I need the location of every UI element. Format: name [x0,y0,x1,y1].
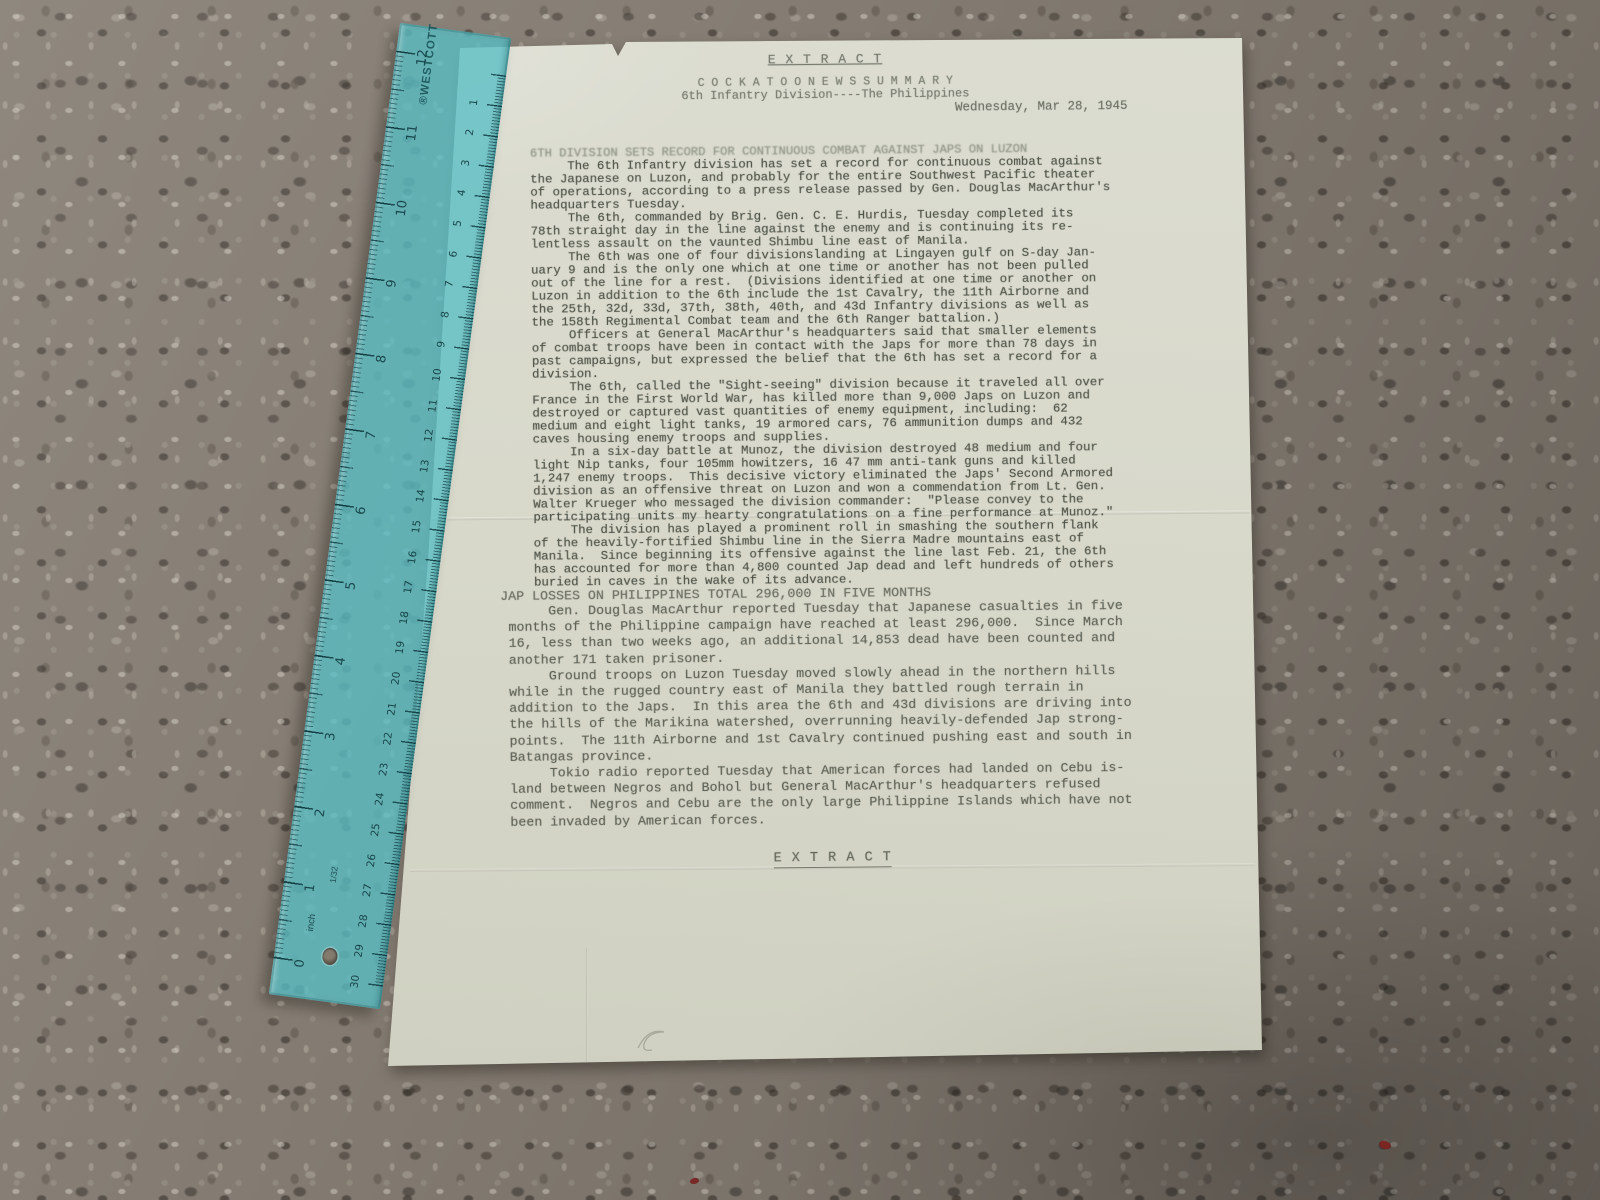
ruler-fraction-label: 1/32 [328,866,340,884]
ruler-inch-label: inch [305,913,318,932]
paragraph: Officers at General MacArthur's headquar… [532,324,1158,382]
paragraph: Gen. Douglas MacArthur reported Tuesday … [508,598,1161,669]
ruler-inch-number: 5 [343,576,360,596]
ruler-cm-number: 12 [422,427,436,444]
ruler-cm-number: 10 [430,366,444,383]
ruler-inch-number: 0 [292,954,309,974]
ruler-cm-number: 28 [356,912,370,929]
ruler-cm-number: 15 [410,518,424,535]
ruler-cm-number: 6 [447,245,461,262]
ruler-cm-number: 16 [406,548,420,565]
ruler-cm-number: 19 [393,639,407,656]
paragraph: The 6th Infantry division has set a reco… [530,155,1156,213]
ruler-inch-number: 3 [322,727,339,747]
ruler-cm-number: 4 [455,184,469,201]
ruler-inch-number: 7 [363,425,380,445]
paragraph: In a six-day battle at Munoz, the divisi… [533,441,1160,525]
doc-section-one: 6TH DIVISION SETS RECORD FOR CONTINUOUS … [530,142,1160,590]
ruler-cm-number: 2 [463,124,477,141]
ruler-inch-number: 11 [404,123,421,143]
ruler-inch-number: 1 [302,878,319,898]
ruler-cm-number: 14 [414,488,428,505]
doc-section-two: Gen. Douglas MacArthur reported Tuesday … [508,598,1162,831]
document-paper: E X T R A C T C O C K A T O O N E W S S … [380,30,1270,1075]
paragraph: Ground troops on Luzon Tuesday moved slo… [509,662,1162,765]
ruler-cm-number: 25 [369,821,383,838]
ruler-cm-number: 27 [361,882,375,899]
ruler-cm-number: 18 [397,609,411,626]
ruler-inch-number: 2 [312,803,329,823]
ruler-cm-number: 9 [434,336,448,353]
ruler-cm-number: 26 [365,852,379,869]
paragraph: The 6th was one of four divisionslanding… [531,246,1158,330]
paper-sheet: E X T R A C T C O C K A T O O N E W S S … [380,30,1270,1075]
ruler-cm-number: 20 [389,670,403,687]
ruler-inch-number: 8 [373,349,390,369]
ruler-cm-number: 8 [438,306,452,323]
ruler-cm-number: 3 [459,154,473,171]
paragraph: The 6th, called the "Sight-seeing" divis… [532,376,1159,447]
typed-text: E X T R A C T C O C K A T O O N E W S S … [495,50,1163,869]
ruler-inch-number: 10 [394,198,411,218]
ruler-inch-number: 9 [383,274,400,294]
ruler-cm-number: 30 [348,973,362,990]
ruler-cm-number: 24 [373,791,387,808]
ruler-inch-number: 6 [353,501,370,521]
ruler-cm-number: 1 [467,93,481,110]
paragraph: Tokio radio reported Tuesday that Americ… [510,760,1163,831]
ruler-cm-number: 22 [381,730,395,747]
ruler-cm-number: 7 [443,275,457,292]
ruler-inch-number: 4 [332,652,349,672]
ruler-cm-number: 29 [352,942,366,959]
photo-scene: E X T R A C T C O C K A T O O N E W S S … [0,0,1600,1200]
ruler-cm-number: 17 [402,579,416,596]
ruler-cm-number: 5 [451,215,465,232]
pencil-squiggle-mark [630,1020,690,1060]
ruler-cm-number: 23 [377,761,391,778]
ruler-hang-hole [321,947,338,966]
ruler-cm-number: 13 [418,457,432,474]
ruler-cm-number: 21 [385,700,399,717]
paragraph: The division has played a prominent roll… [534,519,1161,590]
doc-title-extract: E X T R A C T [495,50,1155,70]
ruler-cm-number: 11 [426,397,440,414]
paper-fold-crease-vertical [586,948,588,1066]
